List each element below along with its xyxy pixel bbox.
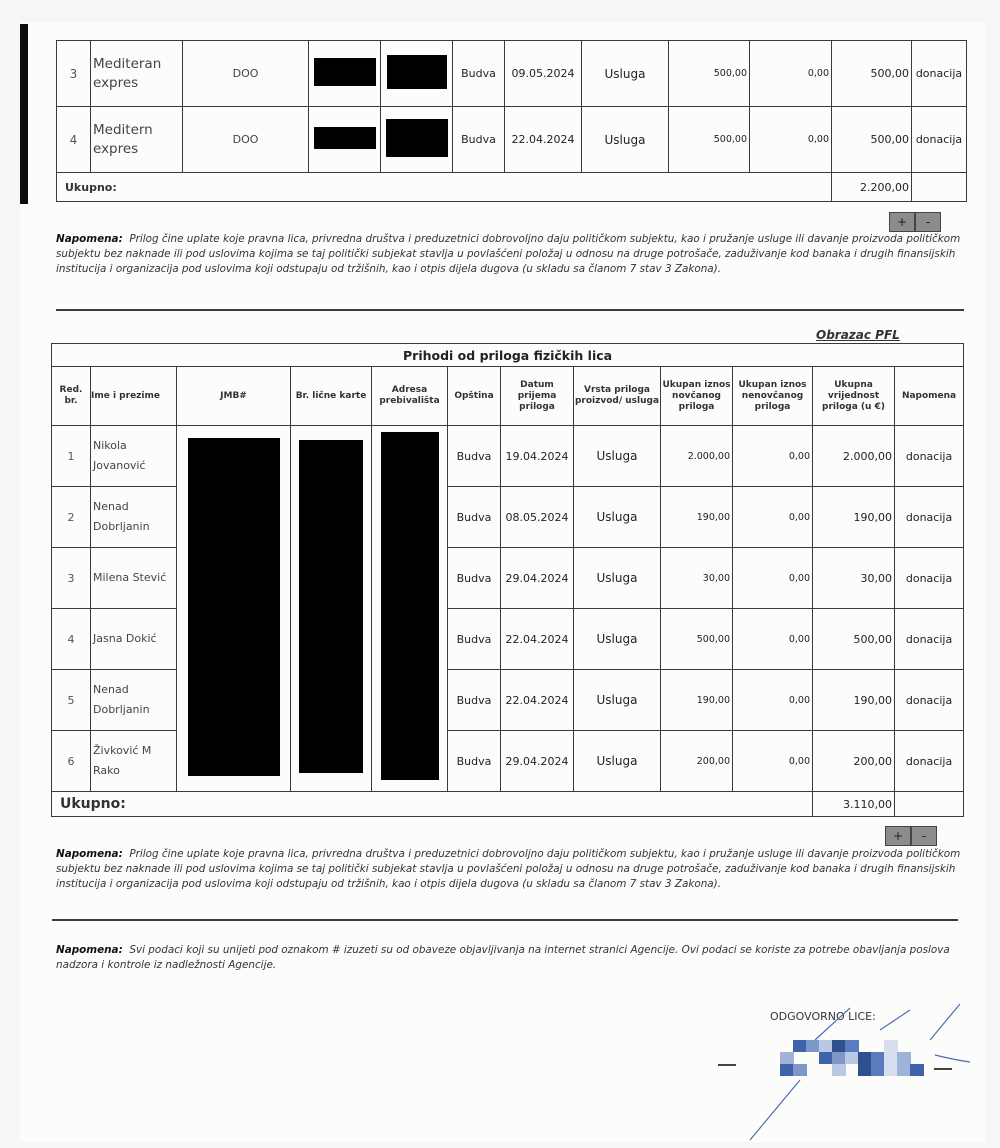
add-row-button[interactable]: + bbox=[889, 212, 915, 232]
remove-row-button[interactable]: - bbox=[911, 826, 937, 846]
individuals-row-controls: + - bbox=[885, 826, 937, 846]
contribution-type: Usluga bbox=[574, 487, 661, 548]
entity-name: Meditern expres bbox=[91, 107, 183, 173]
cash-amount: 500,00 bbox=[669, 107, 750, 173]
cash-amount: 200,00 bbox=[661, 731, 733, 792]
total-label: Ukupno: bbox=[52, 792, 813, 817]
row-index: 6 bbox=[52, 731, 91, 792]
note: donacija bbox=[895, 609, 964, 670]
column-header: Vrsta priloga proizvod/ usluga bbox=[574, 367, 661, 426]
note: donacija bbox=[895, 548, 964, 609]
note-privacy: Napomena: Svi podaci koji su unijeti pod… bbox=[56, 943, 964, 973]
person-name: Živković M Rako bbox=[91, 731, 177, 792]
redacted-field bbox=[381, 107, 453, 173]
date: 19.04.2024 bbox=[501, 426, 574, 487]
handwritten-signature-strokes bbox=[730, 1000, 990, 1148]
contribution-type: Usluga bbox=[574, 548, 661, 609]
entity-type: DOO bbox=[183, 41, 309, 107]
table-row: 4Meditern expresDOOBudva22.04.2024Usluga… bbox=[57, 107, 967, 173]
municipality: Budva bbox=[453, 41, 505, 107]
cash-amount: 190,00 bbox=[661, 487, 733, 548]
column-header: Ukupna vrijednost priloga (u €) bbox=[813, 367, 895, 426]
contribution-type: Usluga bbox=[574, 426, 661, 487]
person-name: Nenad Dobrljanin bbox=[91, 487, 177, 548]
date: 09.05.2024 bbox=[505, 41, 582, 107]
total-value: 2.200,00 bbox=[832, 173, 912, 202]
cash-amount: 190,00 bbox=[661, 670, 733, 731]
municipality: Budva bbox=[448, 731, 501, 792]
scan-edge-mark bbox=[20, 24, 28, 204]
legal-row-controls: + - bbox=[889, 212, 941, 232]
noncash-amount: 0,00 bbox=[733, 426, 813, 487]
total-value: 200,00 bbox=[813, 731, 895, 792]
total-value: 190,00 bbox=[813, 487, 895, 548]
municipality: Budva bbox=[448, 670, 501, 731]
date: 29.04.2024 bbox=[501, 548, 574, 609]
municipality: Budva bbox=[448, 548, 501, 609]
note: donacija bbox=[895, 426, 964, 487]
person-name: Nikola Jovanović bbox=[91, 426, 177, 487]
noncash-amount: 0,00 bbox=[733, 487, 813, 548]
redacted-field bbox=[381, 41, 453, 107]
municipality: Budva bbox=[448, 487, 501, 548]
row-index: 5 bbox=[52, 670, 91, 731]
redacted-jmb bbox=[177, 426, 291, 792]
cash-amount: 2.000,00 bbox=[661, 426, 733, 487]
noncash-amount: 0,00 bbox=[750, 107, 832, 173]
column-header: Br. lične karte bbox=[291, 367, 372, 426]
individuals-total-row: Ukupno: 3.110,00 bbox=[52, 792, 964, 817]
column-header: Ime i prezime bbox=[91, 367, 177, 426]
person-name: Nenad Dobrljanin bbox=[91, 670, 177, 731]
noncash-amount: 0,00 bbox=[733, 731, 813, 792]
total-value: 3.110,00 bbox=[813, 792, 895, 817]
divider bbox=[52, 919, 958, 921]
column-header: Ukupan iznos novčanog priloga bbox=[661, 367, 733, 426]
redacted-address bbox=[372, 426, 448, 792]
date: 22.04.2024 bbox=[501, 609, 574, 670]
date: 08.05.2024 bbox=[501, 487, 574, 548]
total-value: 2.000,00 bbox=[813, 426, 895, 487]
row-index: 1 bbox=[52, 426, 91, 487]
redacted-field bbox=[309, 41, 381, 107]
divider bbox=[56, 309, 964, 311]
municipality: Budva bbox=[453, 107, 505, 173]
note-legal: Napomena: Prilog čine uplate koje pravna… bbox=[56, 232, 964, 277]
noncash-amount: 0,00 bbox=[750, 41, 832, 107]
note: donacija bbox=[895, 731, 964, 792]
person-name: Jasna Dokić bbox=[91, 609, 177, 670]
noncash-amount: 0,00 bbox=[733, 609, 813, 670]
note: donacija bbox=[895, 487, 964, 548]
row-index: 2 bbox=[52, 487, 91, 548]
row-index: 3 bbox=[52, 548, 91, 609]
note: donacija bbox=[912, 41, 967, 107]
redacted-id-card bbox=[291, 426, 372, 792]
row-index: 4 bbox=[57, 107, 91, 173]
municipality: Budva bbox=[448, 426, 501, 487]
contribution-type: Usluga bbox=[574, 731, 661, 792]
total-value: 500,00 bbox=[832, 41, 912, 107]
total-value: 30,00 bbox=[813, 548, 895, 609]
redacted-field bbox=[309, 107, 381, 173]
note: donacija bbox=[895, 670, 964, 731]
individuals-table: Prihodi od priloga fizičkih lica Red. br… bbox=[51, 343, 964, 817]
contribution-type: Usluga bbox=[582, 41, 669, 107]
contribution-type: Usluga bbox=[582, 107, 669, 173]
table-header-row: Red. br.Ime i prezimeJMB#Br. lične karte… bbox=[52, 367, 964, 426]
table-title: Prihodi od priloga fizičkih lica bbox=[52, 344, 964, 367]
column-header: Opština bbox=[448, 367, 501, 426]
contribution-type: Usluga bbox=[574, 670, 661, 731]
add-row-button[interactable]: + bbox=[885, 826, 911, 846]
column-header: Ukupan iznos nenovčanog priloga bbox=[733, 367, 813, 426]
noncash-amount: 0,00 bbox=[733, 548, 813, 609]
municipality: Budva bbox=[448, 609, 501, 670]
legal-total-row: Ukupno: 2.200,00 bbox=[57, 173, 967, 202]
total-value: 500,00 bbox=[832, 107, 912, 173]
total-value: 190,00 bbox=[813, 670, 895, 731]
person-name: Milena Stević bbox=[91, 548, 177, 609]
contribution-type: Usluga bbox=[574, 609, 661, 670]
column-header: Napomena bbox=[895, 367, 964, 426]
column-header: Adresa prebivališta bbox=[372, 367, 448, 426]
column-header: JMB# bbox=[177, 367, 291, 426]
table-row: 3Mediteran expresDOOBudva09.05.2024Uslug… bbox=[57, 41, 967, 107]
column-header: Datum prijema priloga bbox=[501, 367, 574, 426]
total-label: Ukupno: bbox=[57, 173, 832, 202]
table-row: 1Nikola JovanovićBudva19.04.2024Usluga2.… bbox=[52, 426, 964, 487]
entity-name: Mediteran expres bbox=[91, 41, 183, 107]
cash-amount: 500,00 bbox=[669, 41, 750, 107]
date: 22.04.2024 bbox=[505, 107, 582, 173]
entity-type: DOO bbox=[183, 107, 309, 173]
date: 29.04.2024 bbox=[501, 731, 574, 792]
row-index: 3 bbox=[57, 41, 91, 107]
cash-amount: 30,00 bbox=[661, 548, 733, 609]
remove-row-button[interactable]: - bbox=[915, 212, 941, 232]
cash-amount: 500,00 bbox=[661, 609, 733, 670]
column-header: Red. br. bbox=[52, 367, 91, 426]
noncash-amount: 0,00 bbox=[733, 670, 813, 731]
total-value: 500,00 bbox=[813, 609, 895, 670]
note-individuals: Napomena: Prilog čine uplate koje pravna… bbox=[56, 847, 964, 892]
legal-entities-table: 3Mediteran expresDOOBudva09.05.2024Uslug… bbox=[56, 40, 967, 202]
date: 22.04.2024 bbox=[501, 670, 574, 731]
form-code: Obrazac PFL bbox=[816, 328, 900, 342]
row-index: 4 bbox=[52, 609, 91, 670]
note: donacija bbox=[912, 107, 967, 173]
